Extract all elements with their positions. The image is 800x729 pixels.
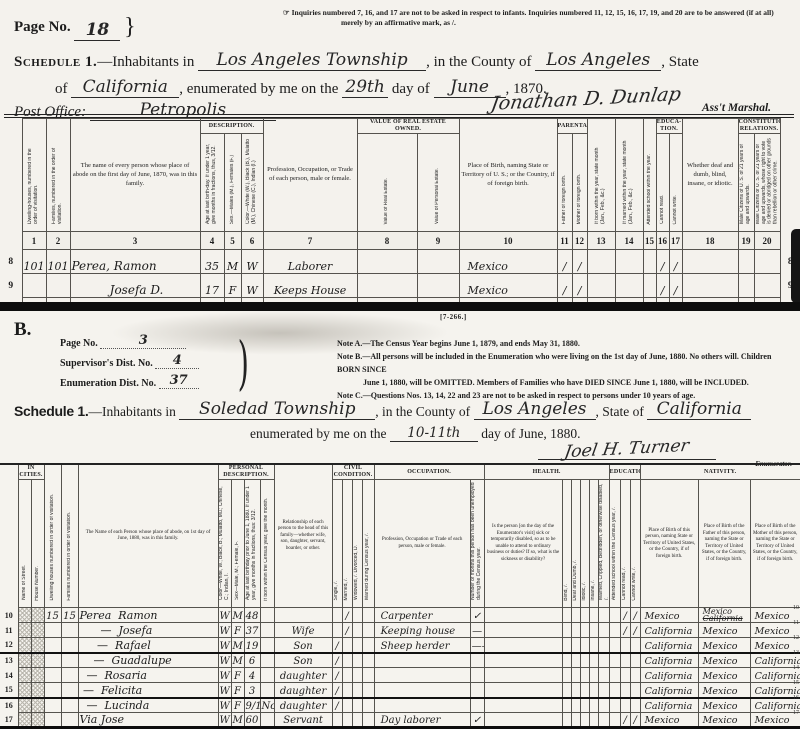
cell-single: / xyxy=(332,668,342,683)
col-num: 14 xyxy=(615,232,643,250)
cell-month xyxy=(260,683,274,698)
cell-deaf xyxy=(571,653,580,668)
header-occupation-1880: Profession, Occupation or Trade of each … xyxy=(374,480,470,608)
cell-sex: F xyxy=(231,698,244,713)
census-table-1870: Dwelling-houses, numbered in the order o… xyxy=(0,118,800,322)
header-male-citizens-denied: Male Citizens of U. S. of 21 years of ag… xyxy=(754,134,780,232)
cell-family xyxy=(61,653,78,668)
cell-insane xyxy=(589,653,598,668)
cell-read xyxy=(620,638,630,653)
cell-married_yr xyxy=(362,608,374,623)
header-dwelling-1870: Dwelling-houses, numbered in the order o… xyxy=(22,119,46,232)
cell-maimed xyxy=(598,668,609,683)
cell-idiotic xyxy=(580,623,589,638)
cell-street xyxy=(18,683,31,698)
cell-read xyxy=(620,668,630,683)
schedule-line-1870: Schedule 1.—Inhabitants in Los Angeles T… xyxy=(14,50,699,71)
cell-color: W xyxy=(218,653,231,668)
cell-sex: M xyxy=(231,638,244,653)
schedule-line-1880: Schedule 1.—Inhabitants in Soledad Towns… xyxy=(14,399,751,420)
cell-write xyxy=(630,698,640,713)
enumeration-dist-line: Enumeration Dist. No. 37 xyxy=(60,373,199,393)
cell-c19 xyxy=(738,274,754,298)
cell-name: Perea Ramon xyxy=(78,608,218,623)
cell-age: 4 xyxy=(244,668,260,683)
cell-dwelling: 15 xyxy=(44,608,61,623)
cell-unemployed: ✓ xyxy=(470,713,484,728)
supervisor-value: 4 xyxy=(173,353,182,368)
cell-married xyxy=(342,683,352,698)
supervisor-label: Supervisor's Dist. No. xyxy=(60,358,153,369)
cell-unemployed xyxy=(470,683,484,698)
cell-line: 12 xyxy=(0,638,18,653)
page-no-value: 3 xyxy=(139,333,148,348)
cell-dwelling xyxy=(44,698,61,713)
cell-widowed xyxy=(352,623,362,638)
header-cannot-write: Cannot write. xyxy=(669,134,682,232)
cell-street xyxy=(18,608,31,623)
cell-read xyxy=(620,683,630,698)
cell-occupation xyxy=(374,668,470,683)
table-row: 9 Josefa D.17FWKeeps HouseMexico////9 xyxy=(0,274,800,298)
notes-block: Note A.—The Census Year begins June 1, 1… xyxy=(337,337,793,402)
cell-father: MexicoCalifornia xyxy=(698,608,750,623)
header-age: Age at last birth-day. If under 1 year, … xyxy=(200,134,224,232)
line-no: 16 xyxy=(789,691,799,706)
header-blind: Blind, /. xyxy=(562,480,571,608)
cell-month xyxy=(260,668,274,683)
cell-real xyxy=(357,250,417,274)
cell-age: 35 xyxy=(200,250,224,274)
group-parentage: Parentage. xyxy=(557,119,587,134)
brace-glyph: ) xyxy=(238,329,249,397)
cell-father: Mexico xyxy=(698,623,750,638)
cell-idiotic xyxy=(580,638,589,653)
table-row: 17Via JoseWM60ServantDay laborer✓//Mexic… xyxy=(0,713,800,728)
cell-age: 60 xyxy=(244,713,260,728)
cell-unemployed: ✓ xyxy=(470,608,484,623)
cell-name: — Guadalupe xyxy=(78,653,218,668)
cell-sex: M xyxy=(231,713,244,728)
cell-school xyxy=(609,668,620,683)
header-birthplace-1870: Place of Birth, naming State or Territor… xyxy=(459,119,557,232)
cell-relationship: daughter xyxy=(274,698,332,713)
table-row: 15 — FelicitaWF3daughter/CaliforniaMexic… xyxy=(0,683,800,698)
line-no: 11 xyxy=(789,616,799,631)
cell-school xyxy=(609,698,620,713)
cell-insane xyxy=(589,668,598,683)
header-family-1870: Families, numbered in the order of visit… xyxy=(46,119,70,232)
enumerator-signature: Joel H. Turner xyxy=(538,439,716,460)
cell-house xyxy=(31,623,44,638)
schedule-line2-1870: of California, enumerated by me on the 2… xyxy=(55,77,547,98)
cell-age: 48 xyxy=(244,608,260,623)
cell-school xyxy=(609,713,620,728)
header-married: Married, /. xyxy=(342,480,352,608)
cell-sex: F xyxy=(231,623,244,638)
cell-family: 101 xyxy=(46,250,70,274)
header-single: Single, /. xyxy=(332,480,342,608)
cell-birth: Mexico xyxy=(640,608,698,623)
cell-insane xyxy=(589,638,598,653)
cell-married xyxy=(342,653,352,668)
cell-read: / xyxy=(620,623,630,638)
line-no: 15 xyxy=(789,676,799,691)
cell-occupation xyxy=(374,698,470,713)
cell-married_yr xyxy=(362,713,374,728)
cell-c20 xyxy=(754,274,780,298)
cell-relationship xyxy=(274,608,332,623)
table-row: 11 — JosefaWF37Wife/Keeping house—//Cali… xyxy=(0,623,800,638)
col-num: 17 xyxy=(669,232,682,250)
cell-maimed xyxy=(598,653,609,668)
cell-birth: California xyxy=(640,638,698,653)
cell-sickness xyxy=(484,668,562,683)
header-birthplace-person: Place of Birth of this person, naming St… xyxy=(640,480,698,608)
page-no-label: Page No. xyxy=(14,19,71,35)
cell-single: / xyxy=(332,653,342,668)
cell-birth: California xyxy=(640,668,698,683)
township-value: Soledad Township xyxy=(199,399,355,419)
note-b-line2: June 1, 1880, will be OMITTED. Members o… xyxy=(337,376,793,389)
cell-sex: F xyxy=(231,668,244,683)
cell-street xyxy=(18,713,31,728)
cell-relationship: Son xyxy=(274,653,332,668)
county-label: , in the County of xyxy=(426,54,531,70)
header-birthplace-father: Place of Birth of the Father of this per… xyxy=(698,480,750,608)
header-personal-estate: Value of Personal Estate. xyxy=(417,134,459,232)
cell-maimed xyxy=(598,638,609,653)
cell-color: W xyxy=(218,683,231,698)
table-row: 8101101Perea, Ramon35MWLaborerMexico////… xyxy=(0,250,800,274)
cell-occupation xyxy=(374,653,470,668)
cell-dwelling xyxy=(44,713,61,728)
of-label: of xyxy=(55,81,68,97)
header-deaf-dumb-1880: Deaf and Dumb, /. xyxy=(571,480,580,608)
cell-occupation: Sheep herder xyxy=(374,638,470,653)
cell-single xyxy=(332,623,342,638)
cell-blind xyxy=(562,653,571,668)
cell-deaf xyxy=(571,668,580,683)
cell-color: W xyxy=(241,274,263,298)
cell-dwelling xyxy=(44,653,61,668)
header-house-number: House Number. xyxy=(31,480,44,608)
cell-dwelling xyxy=(22,274,46,298)
cell-dwelling: 101 xyxy=(22,250,46,274)
line-no: 10 xyxy=(789,601,799,616)
cell-relationship: Servant xyxy=(274,713,332,728)
cell-c20 xyxy=(754,250,780,274)
day-value: 29th xyxy=(345,77,384,97)
col-num: 11 xyxy=(557,232,572,250)
table-b-header: In Cities. Dwelling houses numbered in o… xyxy=(0,464,800,608)
section-divider xyxy=(0,302,800,311)
table-row: 12 — RafaelWM19Son/Sheep herder——Califor… xyxy=(0,638,800,653)
table-b-body: 101515Perea RamonWM48/Carpenter✓//Mexico… xyxy=(0,608,800,728)
cell-month xyxy=(260,653,274,668)
cell-married_yr xyxy=(362,668,374,683)
cell-blind xyxy=(562,698,571,713)
header-sex: Sex.—Males (M.), Females (F.) xyxy=(224,134,241,232)
col-num: 15 xyxy=(643,232,656,250)
cell-deaf xyxy=(571,713,580,728)
cell-occupation: Keeping house xyxy=(374,623,470,638)
line-no: 14 xyxy=(789,661,799,676)
cell-father: Mexico xyxy=(698,698,750,713)
group-in-cities: In Cities. xyxy=(18,464,44,480)
state-label: , State of xyxy=(596,404,644,419)
cell-name: — Rosaria xyxy=(78,668,218,683)
cell-occupation: Keeps House xyxy=(263,274,357,298)
table-row: 16 — LucindaWF9/12Novdaughter/California… xyxy=(0,698,800,713)
header-name-1880: The Name of each Person whose place of a… xyxy=(78,464,218,608)
cell-relationship: Son xyxy=(274,638,332,653)
cell-line: 8 xyxy=(0,250,22,274)
header-maimed: Maimed, Crippled, Bedridden, or otherwis… xyxy=(598,480,609,608)
cell-blind xyxy=(562,638,571,653)
header-insane: Insane, /. xyxy=(589,480,598,608)
enumeration-value: 37 xyxy=(170,373,188,388)
cell-personal xyxy=(417,250,459,274)
census-1880-section: B. [7-266.] Page No. 3 Supervisor's Dist… xyxy=(0,311,800,729)
cell-read: / xyxy=(620,713,630,728)
col-num: 4 xyxy=(200,232,224,250)
cell-month: Nov xyxy=(260,698,274,713)
header-street: Name of Street. xyxy=(18,480,31,608)
cell-birth: California xyxy=(640,698,698,713)
day-value: 10-11th xyxy=(407,425,460,441)
header-months-unemployed: Number of months this person has been un… xyxy=(470,480,484,608)
cell-dwelling xyxy=(44,683,61,698)
cell-idiotic xyxy=(580,683,589,698)
cell-sickness xyxy=(484,713,562,728)
brace-glyph: } xyxy=(124,14,136,40)
cell-color: W xyxy=(218,608,231,623)
cell-sex: F xyxy=(231,683,244,698)
cell-married xyxy=(615,274,643,298)
instructions-line-1: ☞ Inquiries numbered 7, 16, and 17 are n… xyxy=(283,8,791,18)
cell-birth: Mexico xyxy=(459,250,557,274)
cell-father: Mexico xyxy=(698,638,750,653)
header-name-1870: The name of every person whose place of … xyxy=(70,119,200,232)
group-personal-description: Personal Description. xyxy=(218,464,274,480)
header-birthplace-mother: Place of Birth of the Mother of this per… xyxy=(750,480,800,608)
cell-deaf xyxy=(571,623,580,638)
cell-sex: F xyxy=(224,274,241,298)
cell-unemployed: — xyxy=(470,623,484,638)
cell-name: — Rafael xyxy=(78,638,218,653)
cell-married_yr xyxy=(362,623,374,638)
page-no-line: Page No. 3 xyxy=(60,333,199,353)
census-scan: Page No. 18 } ☞ Inquiries numbered 7, 16… xyxy=(0,0,800,729)
cell-married_yr xyxy=(362,653,374,668)
cell-street xyxy=(18,653,31,668)
cell-age: 19 xyxy=(244,638,260,653)
cell-widowed xyxy=(352,653,362,668)
header-male-citizens: Male Citizens of U. S. of 21 years of ag… xyxy=(738,134,754,232)
cell-father: Mexico xyxy=(698,713,750,728)
cell-birth: Mexico xyxy=(640,713,698,728)
signature-text: Jonathan D. Dunlap xyxy=(489,83,682,115)
header-family-1880: Families numbered in order of visitation… xyxy=(61,464,78,608)
cell-single: / xyxy=(332,683,342,698)
cell-idiotic xyxy=(580,713,589,728)
header-cannot-read: Cannot read. xyxy=(656,134,669,232)
group-description: Description. xyxy=(200,119,263,134)
cell-street xyxy=(18,623,31,638)
col-num: 1 xyxy=(22,232,46,250)
col-num: 12 xyxy=(572,232,587,250)
cell-birth: California xyxy=(640,653,698,668)
cell-line: 17 xyxy=(0,713,18,728)
line-no: 12 xyxy=(789,631,799,646)
cell-maimed xyxy=(598,623,609,638)
cell-single: / xyxy=(332,638,342,653)
cell-month xyxy=(260,623,274,638)
header-cannot-write-1880: Cannot write, /. xyxy=(630,480,640,608)
cell-house xyxy=(31,698,44,713)
cell-school xyxy=(643,250,656,274)
cell-sickness xyxy=(484,698,562,713)
cell-month xyxy=(260,608,274,623)
cell-name: — Felicita xyxy=(78,683,218,698)
cell-occupation: Day laborer xyxy=(374,713,470,728)
enumerated-label: , enumerated by me on the xyxy=(179,81,338,97)
cell-mother: / xyxy=(572,250,587,274)
cell-unemployed xyxy=(470,698,484,713)
state-value: California xyxy=(657,399,742,419)
cell-deaf xyxy=(571,608,580,623)
cell-single xyxy=(332,713,342,728)
col-num: 18 xyxy=(682,232,738,250)
cell-occupation xyxy=(374,683,470,698)
instructions-line-2: merely by an affirmative mark, as /. xyxy=(283,18,791,28)
cell-insane xyxy=(589,623,598,638)
cell-line: 9 xyxy=(0,274,22,298)
cell-married xyxy=(342,638,352,653)
enumerated-label: enumerated by me on the xyxy=(250,426,386,441)
cell-married_yr xyxy=(362,698,374,713)
cell-father: / xyxy=(557,250,572,274)
group-occupation: Occupation. xyxy=(374,464,484,480)
cell-father: Mexico xyxy=(698,668,750,683)
enumeration-label: Enumeration Dist. No. xyxy=(60,378,156,389)
cell-age: 9/12 xyxy=(244,698,260,713)
header-relationship: Relationship of each person to the head … xyxy=(274,464,332,608)
cell-age: 17 xyxy=(200,274,224,298)
cell-father: Mexico xyxy=(698,683,750,698)
cell-read xyxy=(620,698,630,713)
cell-name: Via Jose xyxy=(78,713,218,728)
cell-write: / xyxy=(669,274,682,298)
cell-married: / xyxy=(342,608,352,623)
cell-maimed xyxy=(598,608,609,623)
cell-deaf xyxy=(682,274,738,298)
signature-text: Joel H. Turner xyxy=(563,436,691,462)
month-value: June xyxy=(450,77,489,97)
cell-age: 6 xyxy=(244,653,260,668)
county-value: Los Angeles xyxy=(482,399,586,419)
cell-widowed xyxy=(352,698,362,713)
table-row: 13 — GuadalupeWM6Son/CaliforniaMexicoCal… xyxy=(0,653,800,668)
cell-single xyxy=(332,608,342,623)
cell-maimed xyxy=(598,713,609,728)
col-num: 2 xyxy=(46,232,70,250)
cell-father: / xyxy=(557,274,572,298)
cell-c19 xyxy=(738,250,754,274)
enumerated-line-1880: enumerated by me on the 10-11th day of J… xyxy=(250,425,581,442)
header-mother-foreign: Mother of foreign birth. xyxy=(572,134,587,232)
cell-blind xyxy=(562,713,571,728)
cell-house xyxy=(31,683,44,698)
state-value: California xyxy=(83,77,168,97)
note-b-line1: Note B.—All persons will be included in … xyxy=(337,350,793,376)
form-number: [7-266.] xyxy=(440,313,467,321)
cell-insane xyxy=(589,608,598,623)
cell-born xyxy=(587,250,615,274)
cell-color: W xyxy=(218,668,231,683)
group-value-real-estate: Value of Real Estate Owned. xyxy=(357,119,459,134)
header-widowed: Widowed, /. Divorced, D. xyxy=(352,480,362,608)
township-value: Los Angeles Township xyxy=(216,50,407,70)
cell-relationship: daughter xyxy=(274,668,332,683)
cell-married xyxy=(615,250,643,274)
header-cannot-read-1880: Cannot read, /. xyxy=(620,480,630,608)
cell-write xyxy=(630,683,640,698)
cell-blind xyxy=(562,683,571,698)
schedule-label: Schedule 1. xyxy=(14,54,97,70)
cell-family xyxy=(61,668,78,683)
census-table-1880: In Cities. Dwelling houses numbered in o… xyxy=(0,463,800,729)
cell-married xyxy=(342,713,352,728)
header-deaf-dumb: Whether deaf and dumb, blind, insane, or… xyxy=(682,119,738,232)
cell-color: W xyxy=(218,698,231,713)
cell-married_yr xyxy=(362,638,374,653)
cell-street xyxy=(18,698,31,713)
film-edge-artifact xyxy=(791,229,800,303)
right-line-numbers: 10 11 12 13 14 15 16 17 xyxy=(789,601,799,721)
cell-unemployed xyxy=(470,653,484,668)
cell-month xyxy=(260,713,274,728)
cell-father: Mexico xyxy=(698,653,750,668)
state-label: , State xyxy=(661,54,699,70)
cell-sickness xyxy=(484,608,562,623)
cell-name: — Lucinda xyxy=(78,698,218,713)
district-block: Page No. 3 Supervisor's Dist. No. 4 Enum… xyxy=(60,333,199,393)
cell-married: / xyxy=(342,623,352,638)
cell-house xyxy=(31,608,44,623)
cell-family xyxy=(46,274,70,298)
cell-read xyxy=(620,653,630,668)
cell-school xyxy=(609,683,620,698)
cell-real xyxy=(357,274,417,298)
table-row: 101515Perea RamonWM48/Carpenter✓//Mexico… xyxy=(0,608,800,623)
cell-birth: California xyxy=(640,683,698,698)
cell-blind xyxy=(562,668,571,683)
county-label: , in the County of xyxy=(375,404,470,419)
cell-widowed xyxy=(352,668,362,683)
cell-dwelling xyxy=(44,668,61,683)
schedule-dash: —Inhabitants in xyxy=(97,54,194,70)
cell-name: Josefa D. xyxy=(70,274,200,298)
table-a-header: Dwelling-houses, numbered in the order o… xyxy=(0,119,800,250)
cell-relationship: Wife xyxy=(274,623,332,638)
cell-mother: / xyxy=(572,274,587,298)
header-color: Color.—White (W.), Black (B.), Mulatto (… xyxy=(241,134,263,232)
supervisor-dist-line: Supervisor's Dist. No. 4 xyxy=(60,353,199,373)
cell-sex: M xyxy=(231,608,244,623)
col-num: 8 xyxy=(357,232,417,250)
